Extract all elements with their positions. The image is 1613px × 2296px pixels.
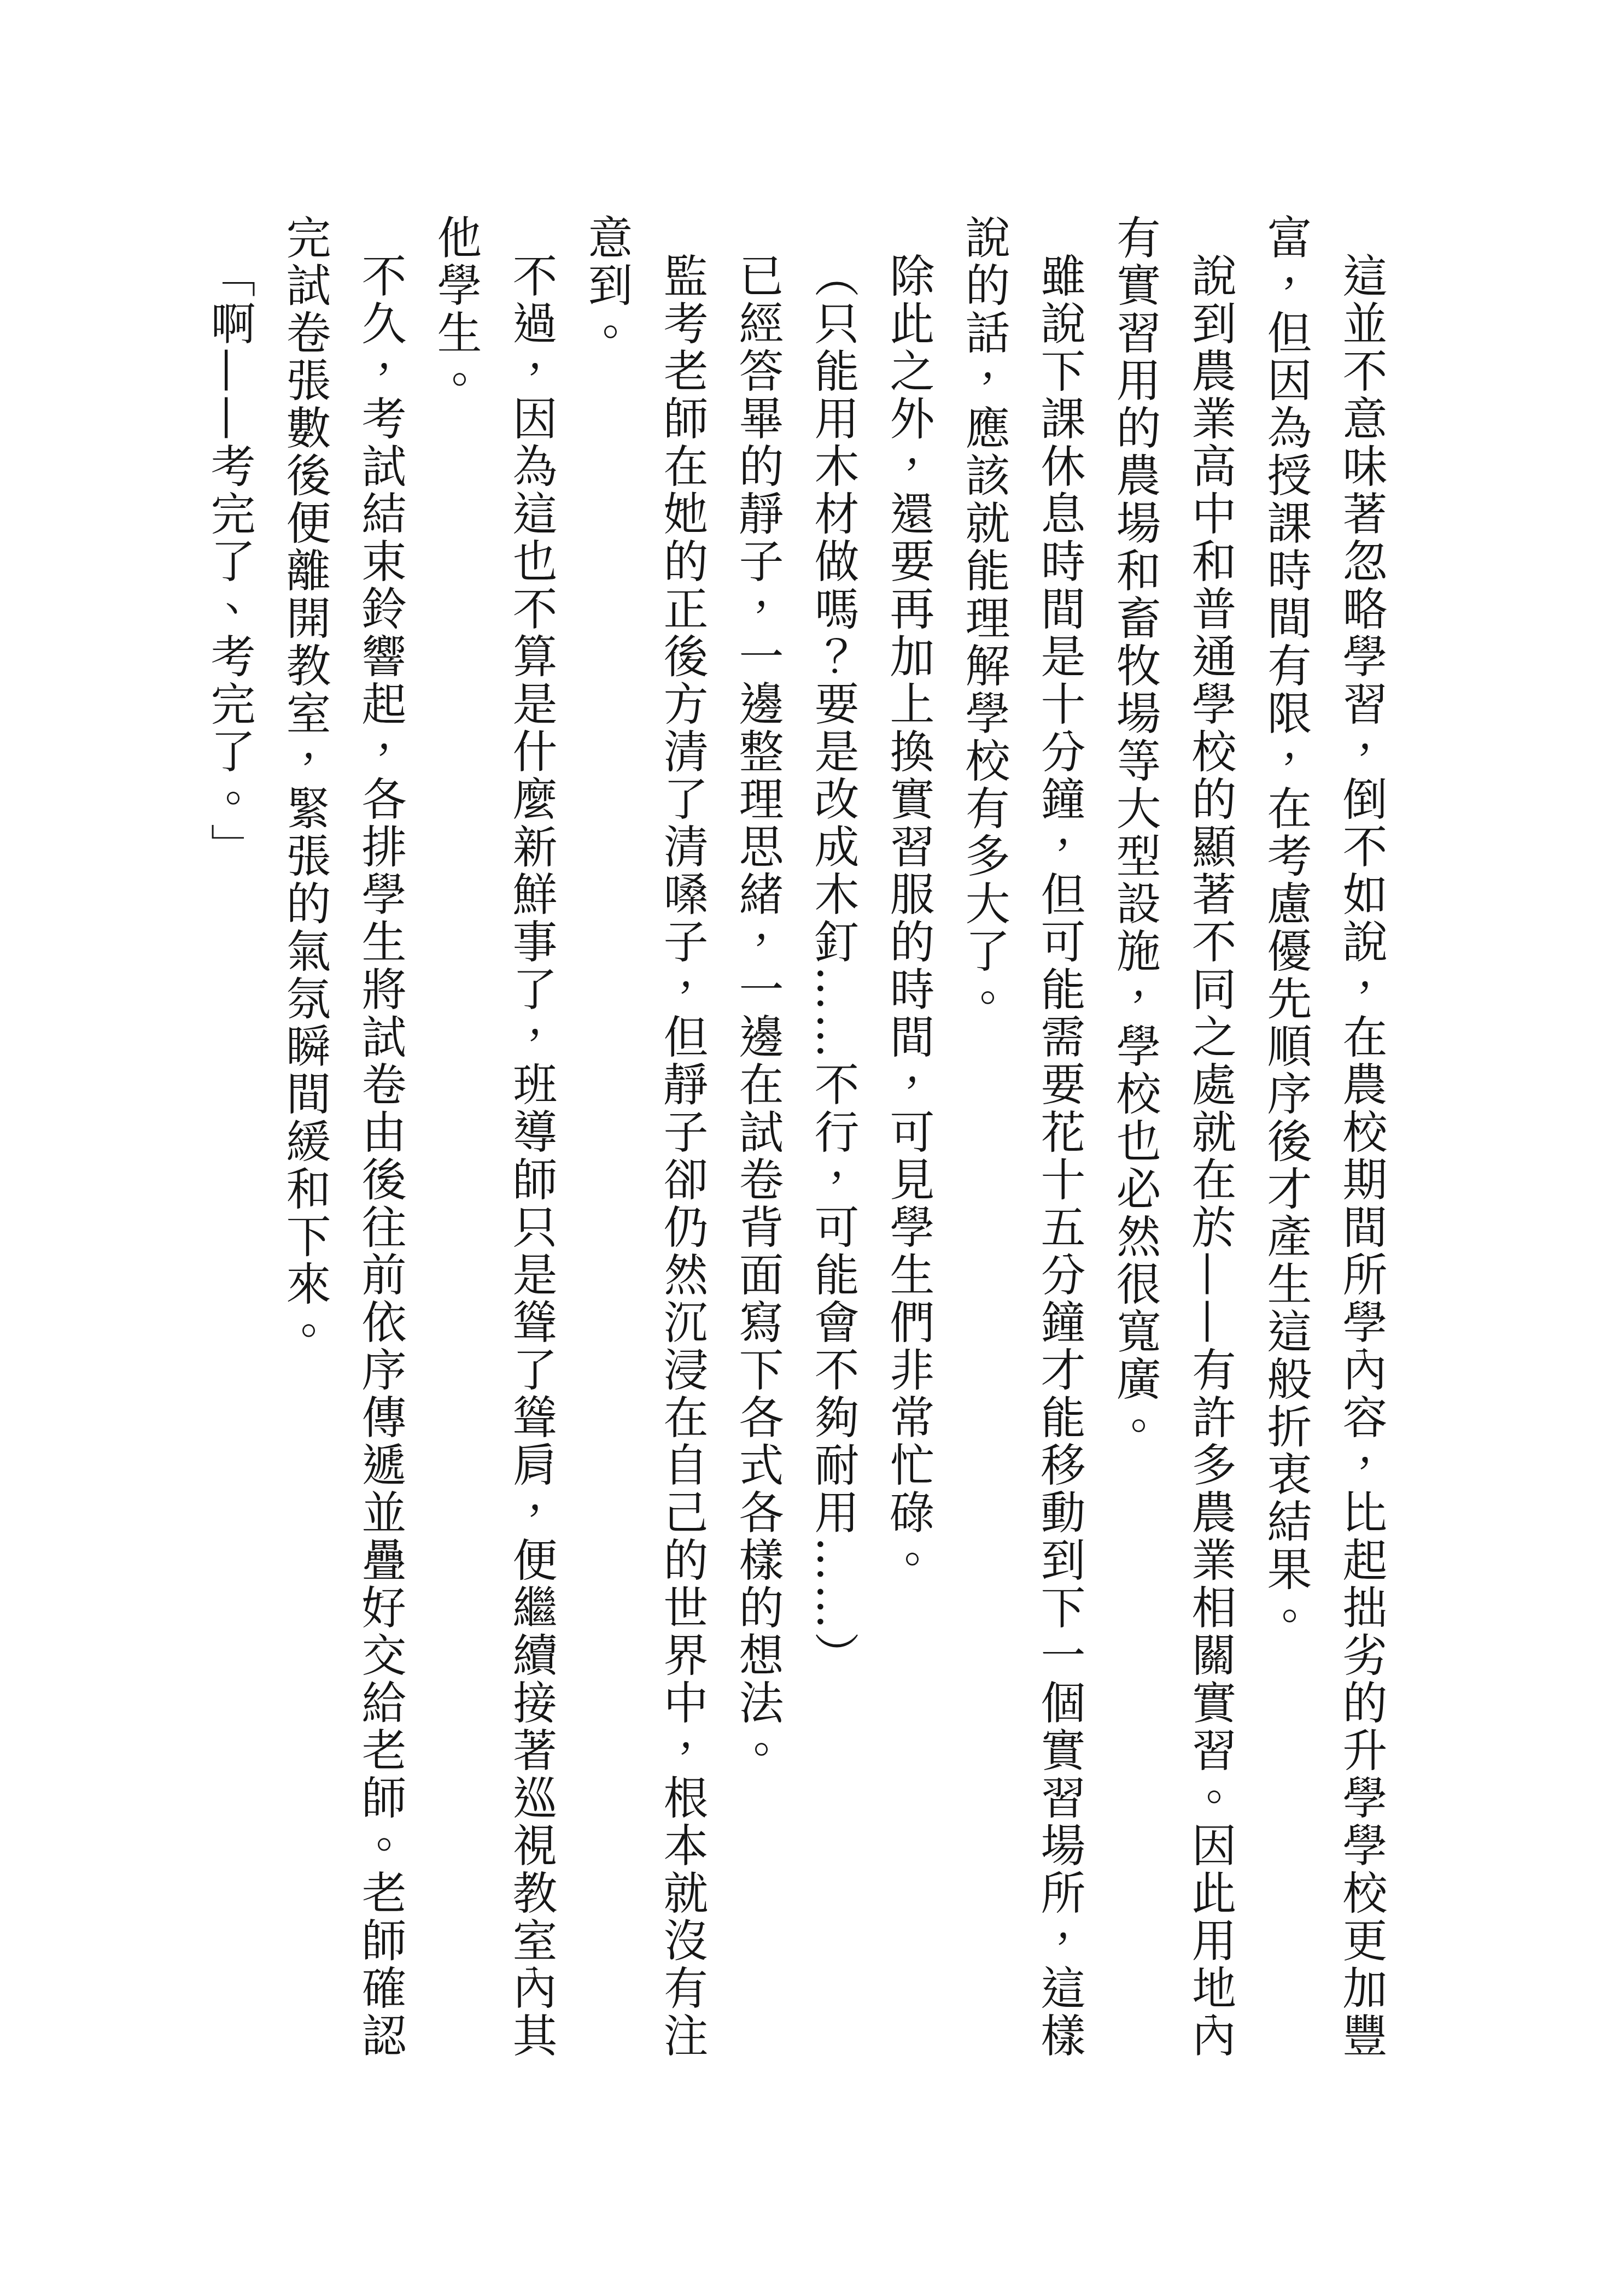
paragraph-4: 除此之外，還要再加上換實習服的時間，可見學生們非常忙碌。 xyxy=(870,214,946,2063)
paragraph-5: （只能用木材做嗎？要是改成木釘……不行，可能會不夠耐用……） xyxy=(795,214,870,2063)
paragraph-7: 監考老師在她的正後方清了清嗓子，但靜子卻仍然沉浸在自己的世界中，根本就沒有注意到… xyxy=(569,214,720,2063)
paragraph-3: 雖說下課休息時間是十分鐘，但可能需要花十五分鐘才能移動到下一個實習場所，這樣說的… xyxy=(946,214,1097,2063)
paragraph-9: 不久，考試結束鈴響起，各排學生將試卷由後往前依序傳遞並疊好交給老師。老師確認完試… xyxy=(267,214,418,2063)
paragraph-6: 已經答畢的靜子，一邊整理思緒，一邊在試卷背面寫下各式各樣的想法。 xyxy=(720,214,795,2063)
paragraph-8: 不過，因為這也不算是什麼新鮮事了，班導師只是聳了聳肩，便繼續接著巡視教室內其他學… xyxy=(418,214,569,2063)
book-page: 這並不意味著忽略學習，倒不如說，在農校期間所學內容，比起拙劣的升學學校更加豐富，… xyxy=(0,0,1613,2296)
paragraph-1: 這並不意味著忽略學習，倒不如說，在農校期間所學內容，比起拙劣的升學學校更加豐富，… xyxy=(1248,214,1399,2063)
paragraph-2: 說到農業高中和普通學校的顯著不同之處就在於——有許多農業相關實習。因此用地內有實… xyxy=(1097,214,1248,2063)
novel-text-block: 這並不意味著忽略學習，倒不如說，在農校期間所學內容，比起拙劣的升學學校更加豐富，… xyxy=(191,214,1399,2063)
paragraph-10: 「啊——考完了、考完了。」 xyxy=(191,214,267,2063)
